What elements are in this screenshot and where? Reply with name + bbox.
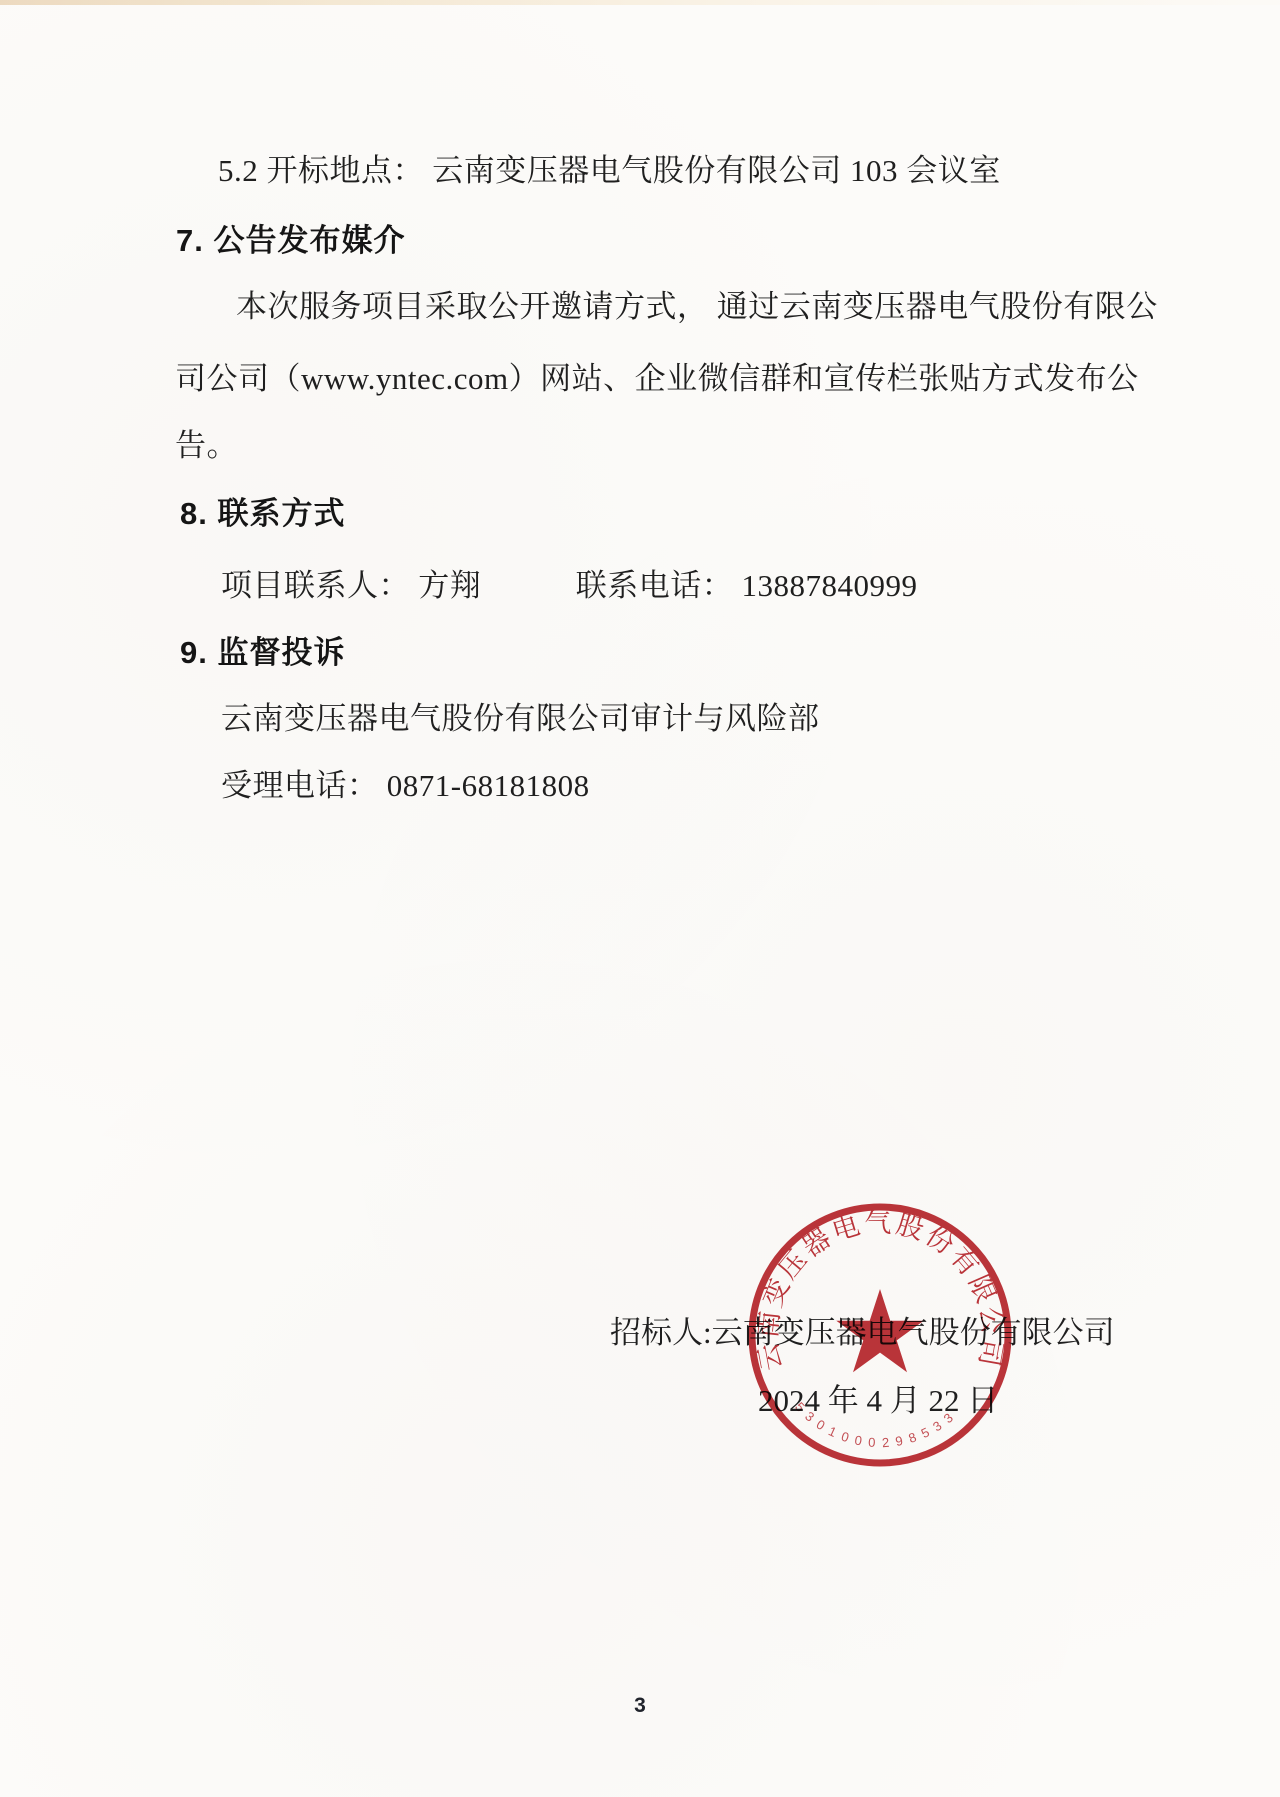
scanned-document-page: 5.2 开标地点： 云南变压器电气股份有限公司 103 会议室 7. 公告发布媒… (0, 0, 1280, 1797)
seal-serial-textpath: 5301000298533 (792, 1399, 961, 1450)
audit-department-line: 云南变压器电气股份有限公司审计与风险部 (221, 703, 820, 734)
clause-5-2-line: 5.2 开标地点： 云南变压器电气股份有限公司 103 会议室 (218, 155, 1001, 186)
section-7-paragraph-line-3: 告。 (175, 430, 238, 461)
seal-serial-number: 5301000298533 (792, 1399, 961, 1450)
section-7-paragraph-line-1: 本次服务项目采取公开邀请方式， 通过云南变压器电气股份有限公 (236, 291, 1158, 322)
contact-person-line: 项目联系人： 方翔 联系电话： 13887840999 (221, 570, 918, 601)
section-7-heading: 7. 公告发布媒介 (176, 225, 405, 256)
company-seal: 云南变压器电气股份有限公司 5301000298533 (742, 1196, 1018, 1474)
complaint-phone-line: 受理电话： 0871-68181808 (221, 770, 590, 801)
page-number: 3 (0, 1695, 1280, 1716)
section-9-heading: 9. 监督投诉 (180, 637, 345, 668)
star-icon (836, 1289, 923, 1372)
scan-noise-overlay (0, 0, 1280, 1797)
scan-edge-artifact (0, 0, 1280, 5)
section-7-paragraph-line-2: 司公司（www.yntec.com）网站、企业微信群和宣传栏张贴方式发布公 (175, 363, 1139, 394)
section-8-heading: 8. 联系方式 (180, 498, 345, 529)
